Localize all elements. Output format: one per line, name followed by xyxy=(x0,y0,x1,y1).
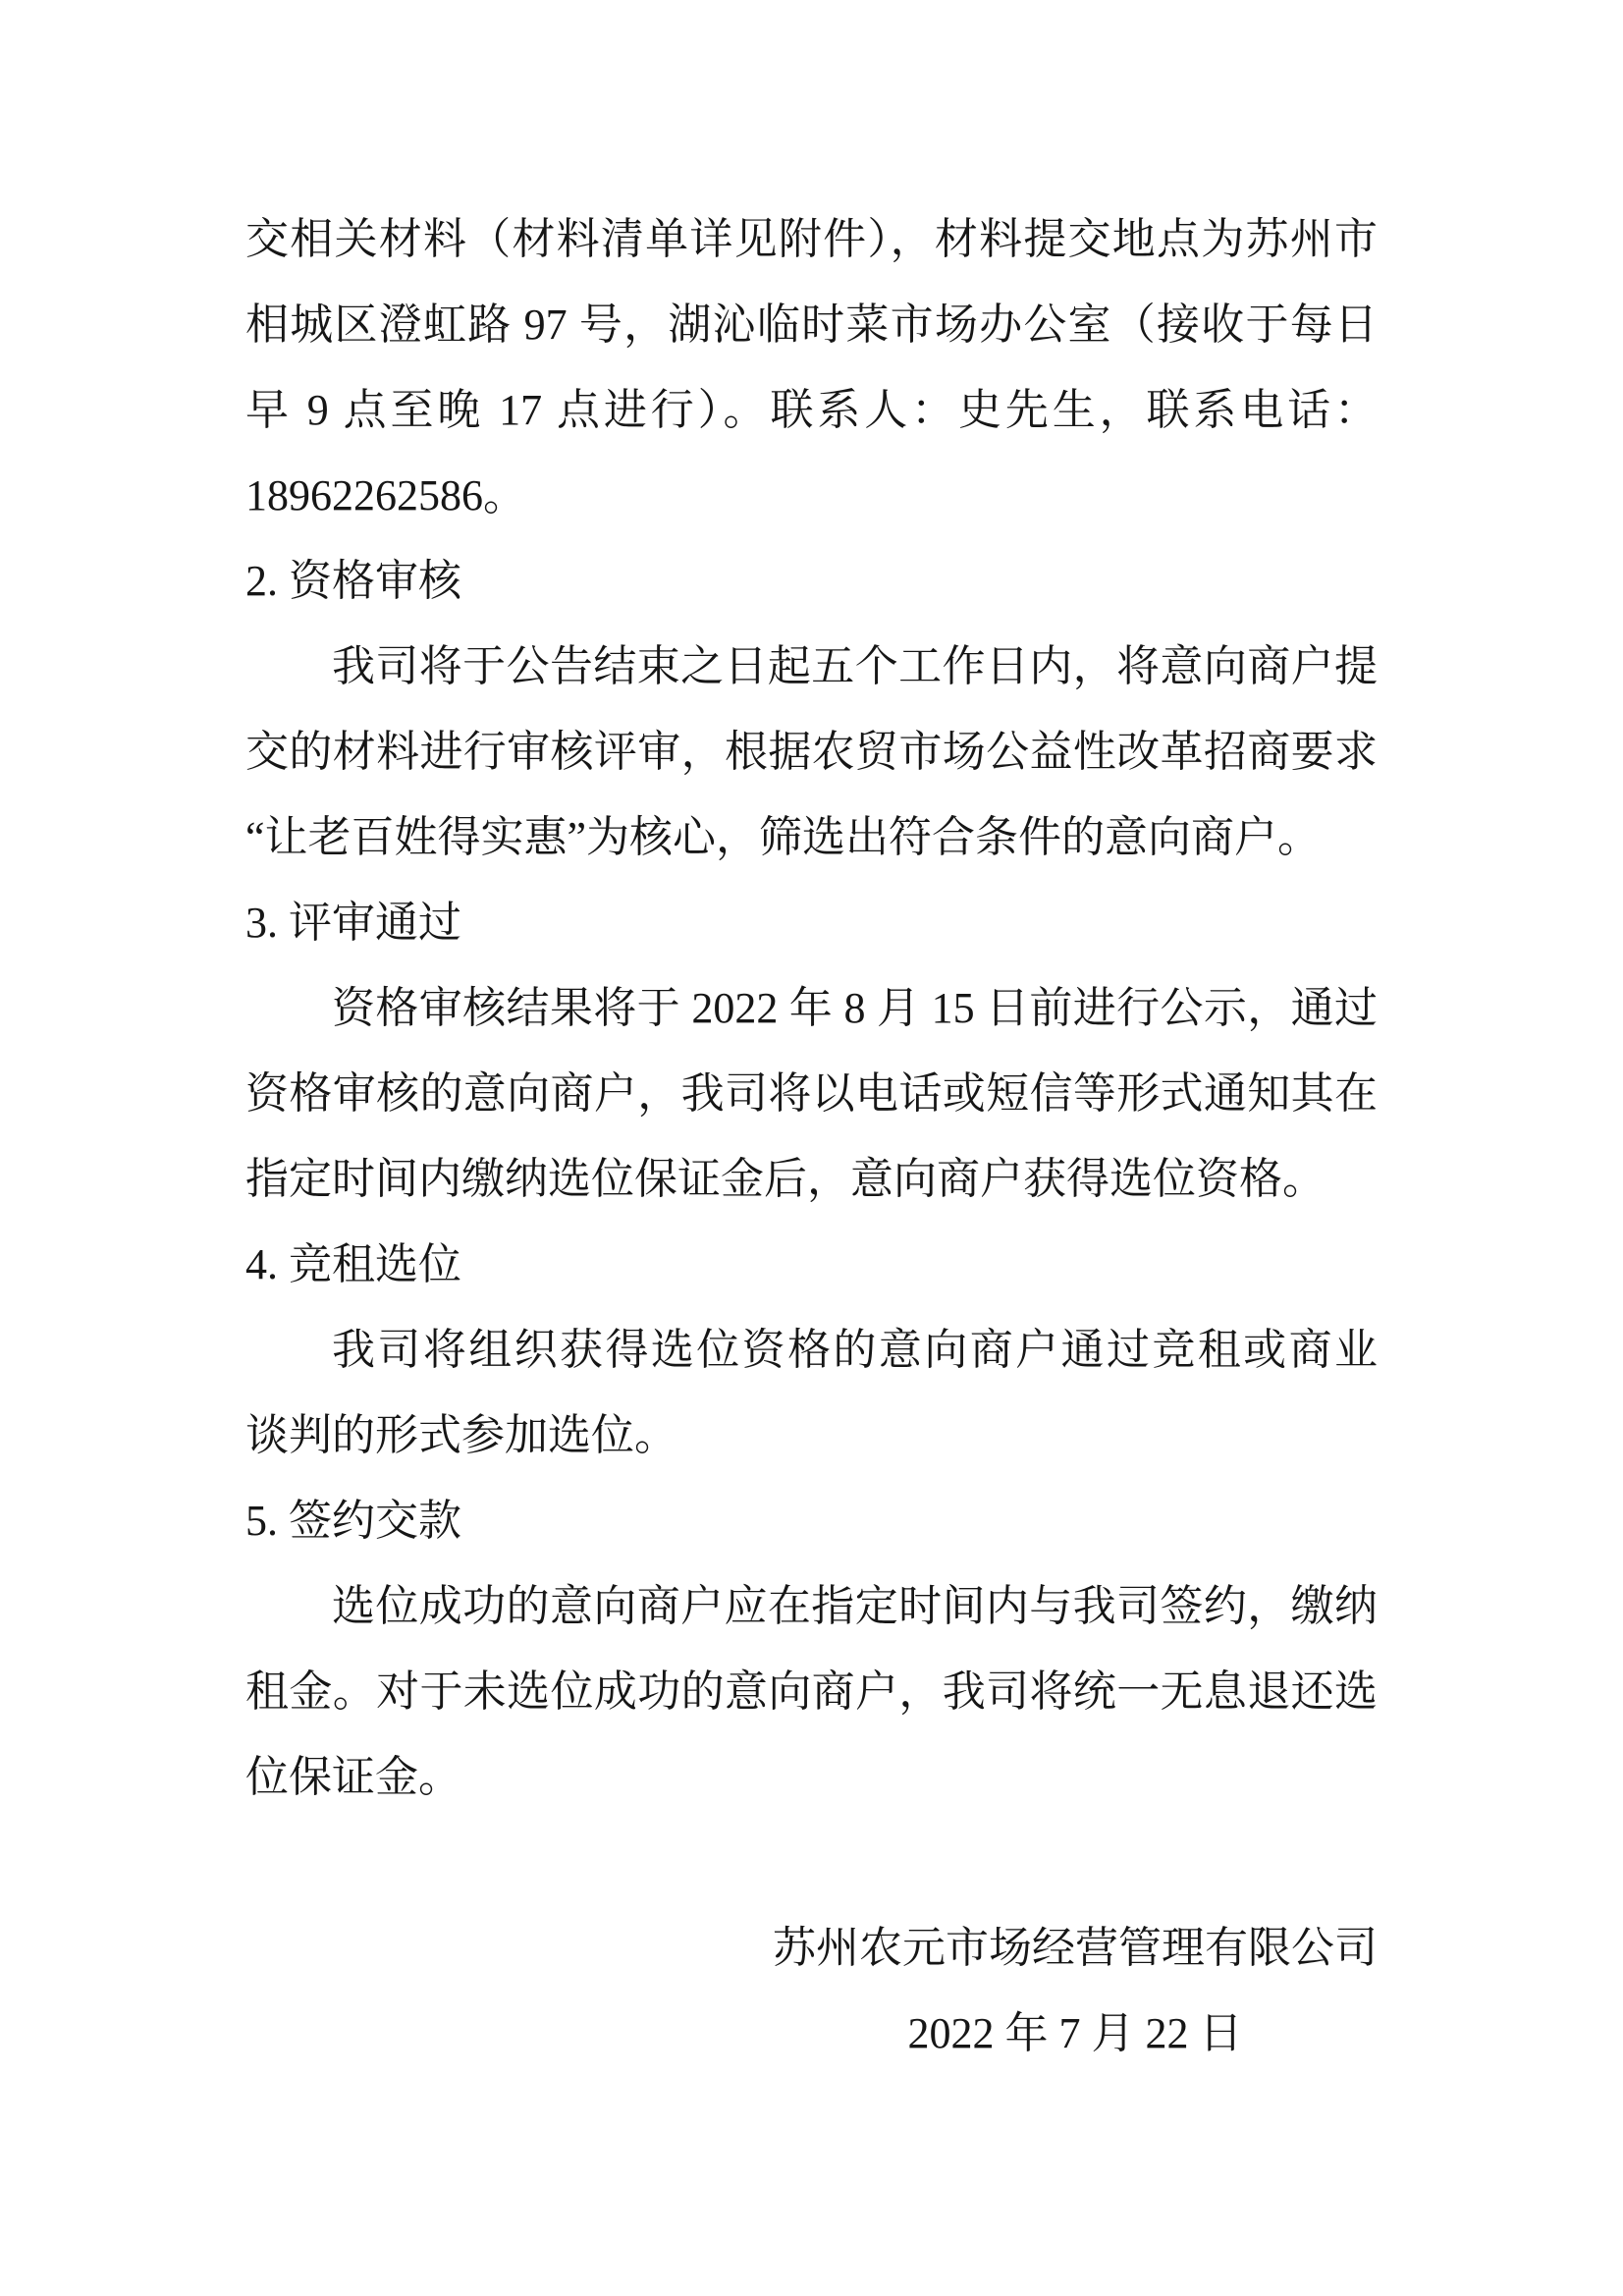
section-5-heading: 5. 签约交款 xyxy=(245,1478,1378,1563)
body-line: 位保证金。 xyxy=(245,1734,1378,1820)
document-page: 交相关材料（材料清单详见附件），材料提交地点为苏州市 相城区澄虹路 97 号，湖… xyxy=(0,0,1623,2296)
body-line: 交的材料进行审核评审，根据农贸市场公益性改革招商要求 xyxy=(245,709,1378,794)
body-line: 我司将于公告结束之日起五个工作日内，将意向商户提 xyxy=(245,624,1378,709)
body-line: 选位成功的意向商户应在指定时间内与我司签约，缴纳 xyxy=(245,1563,1378,1649)
body-line: 谈判的形式参加选位。 xyxy=(245,1393,1378,1478)
section-3-heading: 3. 评审通过 xyxy=(245,880,1378,965)
document-body: 交相关材料（材料清单详见附件），材料提交地点为苏州市 相城区澄虹路 97 号，湖… xyxy=(245,196,1378,2076)
body-line: 我司将组织获得选位资格的意向商户通过竞租或商业 xyxy=(245,1307,1378,1393)
body-line: “让老百姓得实惠”为核心，筛选出符合条件的意向商户。 xyxy=(245,794,1378,880)
spacer-line xyxy=(245,1820,1378,1905)
body-line: 指定时间内缴纳选位保证金后，意向商户获得选位资格。 xyxy=(245,1136,1378,1222)
section-2-heading: 2. 资格审核 xyxy=(245,538,1378,624)
phone-number-line: 18962262586。 xyxy=(245,453,1378,538)
section-4-heading: 4. 竞租选位 xyxy=(245,1222,1378,1307)
body-line: 租金。对于未选位成功的意向商户，我司将统一无息退还选 xyxy=(245,1649,1378,1734)
signature-date: 2022 年 7 月 22 日 xyxy=(773,1991,1378,2076)
body-line: 相城区澄虹路 97 号，湖沁临时菜市场办公室（接收于每日 xyxy=(245,282,1378,367)
body-line: 早 9 点至晚 17 点进行）。联系人：史先生，联系电话： xyxy=(245,367,1378,453)
signature-block: 苏州农元市场经营管理有限公司 2022 年 7 月 22 日 xyxy=(773,1905,1378,2076)
body-line: 资格审核结果将于 2022 年 8 月 15 日前进行公示，通过 xyxy=(245,965,1378,1051)
signature-company: 苏州农元市场经营管理有限公司 xyxy=(773,1905,1378,1991)
body-line: 交相关材料（材料清单详见附件），材料提交地点为苏州市 xyxy=(245,196,1378,282)
body-line: 资格审核的意向商户，我司将以电话或短信等形式通知其在 xyxy=(245,1051,1378,1136)
